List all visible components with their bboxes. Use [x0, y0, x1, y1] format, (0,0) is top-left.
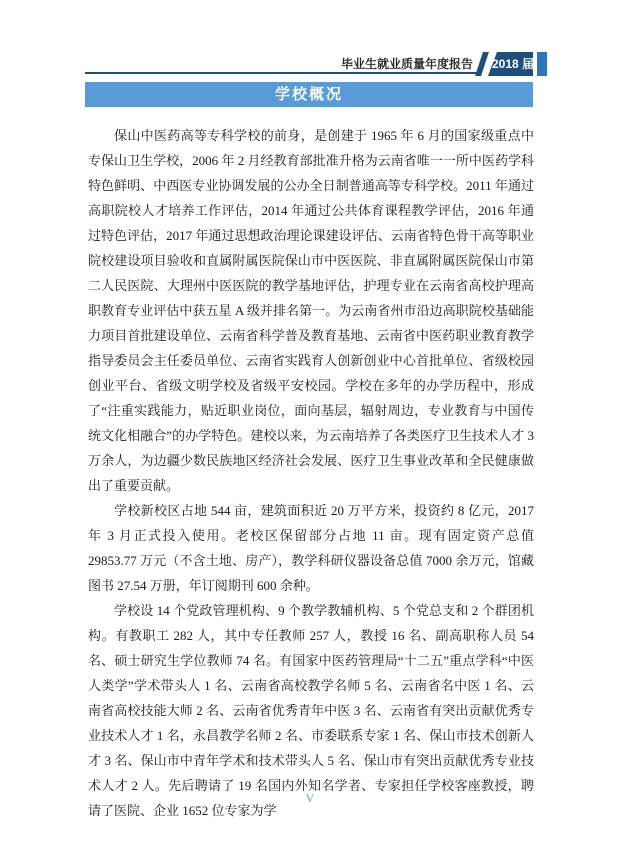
page-number: V	[0, 791, 620, 806]
section-title: 学校概况	[275, 86, 343, 103]
body-content: 保山中医药高等专科学校的前身，是创建于 1965 年 6 月的国家级重点中专保山…	[88, 123, 534, 823]
paragraph-3: 学校设 14 个党政管理机构、9 个教学教辅机构、5 个党总支和 2 个群团机构…	[88, 598, 534, 823]
accent-square-icon	[537, 52, 547, 76]
report-title: 毕业生就业质量年度报告	[341, 55, 473, 72]
paragraph-1: 保山中医药高等专科学校的前身，是创建于 1965 年 6 月的国家级重点中专保山…	[88, 123, 534, 498]
section-banner: 学校概况	[85, 82, 533, 107]
running-header: 毕业生就业质量年度报告 2018 届	[85, 50, 547, 76]
slash-icon	[475, 52, 489, 76]
paragraph-2: 学校新校区占地 544 亩，建筑面积近 20 万平方米，投资约 8 亿元，201…	[88, 498, 534, 598]
year-badge: 2018 届	[488, 52, 533, 76]
header-rule-line	[85, 72, 480, 74]
document-page: 毕业生就业质量年度报告 2018 届 学校概况 保山中医药高等专科学校的前身，是…	[0, 0, 620, 841]
